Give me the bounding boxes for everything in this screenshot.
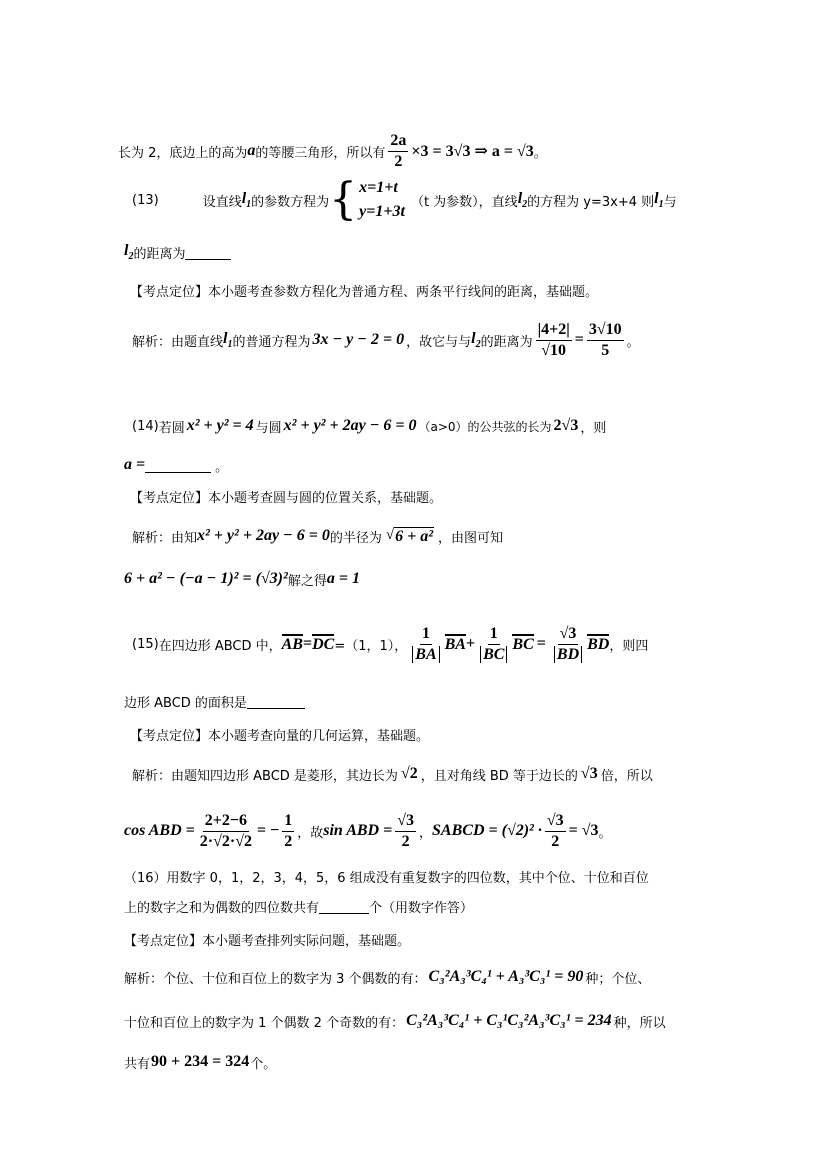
text: ，由图可知 [438,527,503,546]
formula: 2√3 [554,417,579,435]
fraction-denominator: 2·√2·√2 [198,832,254,851]
question-13-line2: l2 的距离为 [124,240,231,264]
formula: cos ABD = [124,822,195,840]
fraction-denominator: 5 [599,341,611,360]
answer-blank[interactable] [319,899,369,914]
line-l1: l1 [242,190,251,210]
question-16-line2: 上的数字之和为偶数的四位数共有 个（用数字作答） [124,896,473,916]
text: 解之得 [288,570,327,589]
text: ，则四 [609,635,648,654]
fraction-denominator: 2 [392,152,404,171]
line-l1: l1 [654,190,663,210]
text: 上的数字之和为偶数的四位数共有 [124,897,319,916]
formula: C₃²A₃³C₄¹ + A₃³C₃¹ = 90 [429,968,584,986]
text: （t 为参数），直线 [411,191,518,210]
text: =（1，1）， [334,635,407,654]
equation-system: x=1+t y=1+3t [359,176,405,224]
kaodian-15: 【考点定位】本小题考查向量的几何运算，基础题。 [130,724,429,744]
line-triangle-conclusion: 长为 2，底边上的高为 a 的等腰三角形，所以有 2a 2 ×3 = 3√3 ⇒… [118,134,547,168]
formula: x² + y² + 2ay − 6 = 0 [197,527,330,545]
fraction-numerator: √3 [395,812,416,832]
text: 的距离为 [133,243,185,262]
text: 解析：由题知四边形 ABCD 是菱形，其边长为 [132,765,398,784]
line-l2: l2 [518,190,527,210]
fraction-numerator: 1 [488,625,500,645]
line-l1: l1 [223,330,232,350]
text: ，故 [297,822,323,841]
formula: = √3 [569,822,599,840]
text: 若圆 [159,417,185,436]
text: 【考点定位】本小题考查排列实际问题，基础题。 [124,930,410,949]
fraction: 1 2 [282,812,294,850]
text: 与 [664,191,677,210]
jiexi-15-line3: cos ABD = 2+2−6 2·√2·√2 = − 1 2 ，故 sin A… [124,802,612,860]
fraction-denominator: BD [554,646,582,664]
equation: y=1+3t [359,200,405,224]
jiexi-14: 解析：由知 x² + y² + 2ay − 6 = 0 的半径为 √6 + a²… [132,524,503,548]
text: ，故它与与 [406,331,471,350]
line-l2: l2 [471,330,480,350]
kaodian-16: 【考点定位】本小题考查排列实际问题，基础题。 [124,929,410,949]
answer-blank[interactable] [185,245,231,260]
text: 解析：由题直线 [132,331,223,350]
text: 与圆 [256,417,282,436]
text: 【考点定位】本小题考查参数方程化为普通方程、两条平行线间的距离，基础题。 [130,281,598,300]
jiexi-13: 解析：由题直线 l1 的普通方程为 3x − y − 2 = 0 ，故它与与 l… [132,318,640,362]
formula: a = 1 [327,570,360,588]
fraction: √3 2 [395,812,416,850]
fraction-numerator: |4+2| [536,321,572,341]
formula: = − [257,822,279,840]
vector-bd: BD [587,634,609,654]
formula: 6 + a² − (−a − 1)² = (√3)² [124,570,288,588]
text: ，则 [580,417,606,436]
question-number: (14) [132,419,159,434]
text: 的普通方程为 [232,331,310,350]
answer-blank[interactable] [145,458,211,473]
sqrt: √6 + a² [386,527,434,546]
fraction-denominator: 2 [549,832,561,851]
fraction-numerator: 1 [282,812,294,832]
fraction: 3√10 5 [587,321,624,359]
formula: 90 + 234 = 324 [151,1053,249,1071]
text: 倍，所以 [601,765,653,784]
fraction: √3 2 [545,812,566,850]
jiexi-15: 解析：由题知四边形 ABCD 是菱形，其边长为 √2 ，且对角线 BD 等于边长… [132,762,653,786]
fraction-denominator: BA [412,646,439,664]
fraction-numerator: √3 [558,625,579,645]
text: ， [419,822,432,841]
text: 共有 [124,1053,150,1072]
vector-ba: BA [445,634,466,654]
formula: x² + y² = 4 [187,417,254,435]
fraction-denominator: 2 [282,832,294,851]
fraction: 2a 2 [388,132,408,170]
text: 个。 [250,1053,276,1072]
question-13: (13) 设直线 l1 的参数方程为 { x=1+t y=1+3t （t 为参数… [132,178,677,222]
text: 的参数方程为 [251,191,329,210]
jiexi-14-line3: 6 + a² − (−a − 1)² = (√3)² 解之得 a = 1 [124,567,360,591]
fraction-numerator: 3√10 [587,321,624,341]
fraction-numerator: 2+2−6 [203,812,249,832]
vector-bc: BC [512,634,533,654]
fraction: 1 BA [410,625,441,663]
text: 。 [215,456,228,475]
vector-dc: DC [312,634,334,654]
brace-icon: { [329,178,357,222]
formula: SABCD = (√2)² · [432,822,542,840]
text: 在四边形 ABCD 中， [159,635,282,654]
question-14-line2: a = 。 [124,454,228,476]
question-number: (15) [132,637,159,652]
question-14: (14) 若圆 x² + y² = 4 与圆 x² + y² + 2ay − 6… [132,414,606,438]
formula: sin ABD = [323,822,392,840]
text: 。 [534,142,547,161]
formula: C₃²A₃³C₄¹ + C₃¹C₃²A₃³C₃¹ = 234 [406,1012,612,1030]
formula: √3 [581,765,598,783]
formula: 3x − y − 2 = 0 [312,331,404,349]
radicand: 6 + a² [394,527,434,546]
text: 个（用数字作答） [369,897,473,916]
question-15-line2: 边形 ABCD 的面积是 [124,690,305,712]
text: 的半径为 [330,527,382,546]
text: 的距离为 [481,331,533,350]
fraction-denominator: √10 [539,341,568,360]
text: ，且对角线 BD 等于边长的 [421,765,578,784]
text: 【考点定位】本小题考查向量的几何运算，基础题。 [130,725,429,744]
fraction-numerator: 1 [420,625,432,645]
fraction-denominator: 2 [400,832,412,851]
text: 的等腰三角形，所以有 [255,142,385,161]
answer-blank[interactable] [247,694,305,709]
text: 的方程为 y=3x+4 则 [527,191,654,210]
fraction-numerator: √3 [545,812,566,832]
text: 种；个位、 [585,968,650,987]
text: 十位和百位上的数字为 1 个偶数 2 个奇数的有： [124,1012,404,1031]
var-a: a [247,142,255,160]
equation: x=1+t [359,176,405,200]
text: 长为 2，底边上的高为 [118,142,247,161]
text: 解析：个位、十位和百位上的数字为 3 个偶数的有： [124,968,427,987]
kaodian-14: 【考点定位】本小题考查圆与圆的位置关系，基础题。 [130,486,442,506]
fraction: √3 BD [552,625,584,663]
fraction: 1 BC [478,625,509,663]
fraction-denominator: BC [480,646,507,664]
fraction: 2+2−6 2·√2·√2 [198,812,254,850]
text: 【考点定位】本小题考查圆与圆的位置关系，基础题。 [130,487,442,506]
vector-ab: AB [282,634,303,654]
jiexi-16: 解析：个位、十位和百位上的数字为 3 个偶数的有： C₃²A₃³C₄¹ + A₃… [124,965,650,989]
text: 边形 ABCD 的面积是 [124,692,247,711]
text: 。 [627,331,640,350]
text: 设直线 [203,191,242,210]
formula: ×3 = 3√3 ⇒ a = √3 [411,141,533,161]
kaodian-13: 【考点定位】本小题考查参数方程化为普通方程、两条平行线间的距离，基础题。 [130,280,598,300]
question-15: (15) 在四边形 ABCD 中， AB = DC =（1，1）， 1 BA B… [132,615,648,673]
line-l2: l2 [124,242,133,262]
text: 种，所以 [614,1012,666,1031]
text: 解析：由知 [132,527,197,546]
fraction-numerator: 2a [388,132,408,152]
question-16: （16）用数字 0，1，2，3，4，5，6 组成没有重复数字的四位数，其中个位、… [124,866,649,886]
jiexi-16-line3: 共有 90 + 234 = 324 个。 [124,1050,276,1074]
text: （a>0）的公共弦的长为 [419,418,552,435]
text: （16）用数字 0，1，2，3，4，5，6 组成没有重复数字的四位数，其中个位、… [124,867,649,886]
question-number: (13) [132,193,159,208]
formula: a = [124,456,145,474]
text: 。 [599,822,612,841]
fraction: |4+2| √10 [536,321,572,359]
jiexi-16-line2: 十位和百位上的数字为 1 个偶数 2 个奇数的有： C₃²A₃³C₄¹ + C₃… [124,1009,666,1033]
formula: √2 [401,765,418,783]
formula: x² + y² + 2ay − 6 = 0 [284,417,417,435]
